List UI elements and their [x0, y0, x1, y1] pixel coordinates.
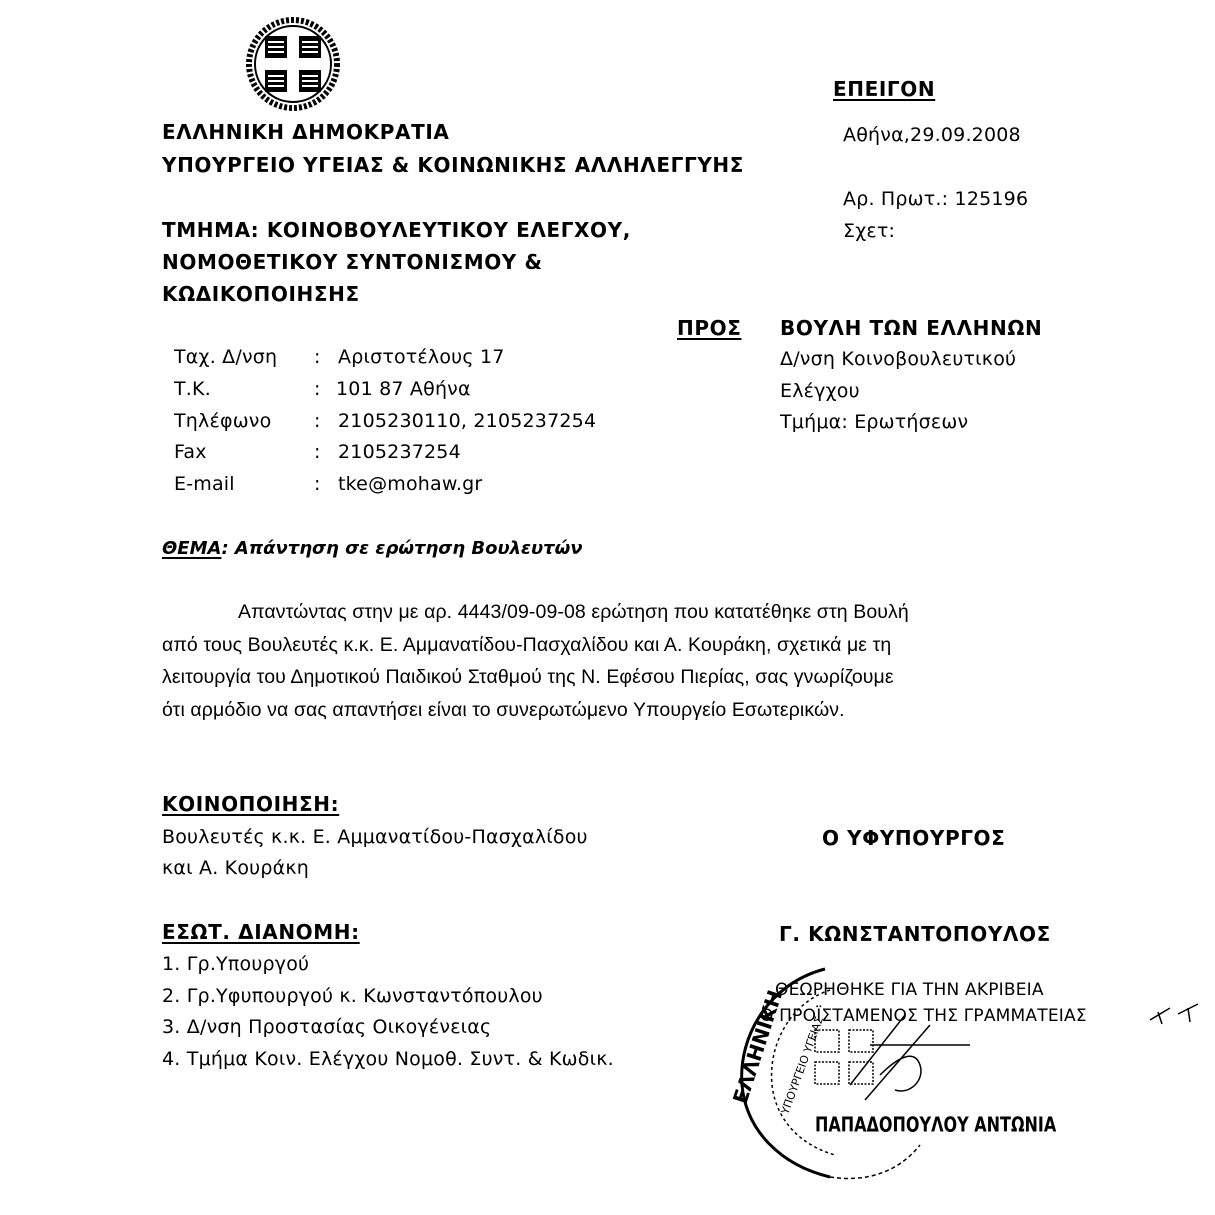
subject-line: ΘΕΜΑ: Απάντηση σε ερώτηση Βουλευτών — [162, 538, 583, 559]
body-line-1: Απαντώντας στην με αρ. 4443/09-09-08 ερώ… — [238, 601, 909, 624]
contact-value: 2105237254 — [338, 441, 461, 463]
country-name: ΕΛΛΗΝΙΚΗ ΔΗΜΟΚΡΑΤΙΑ — [162, 120, 449, 144]
contact-value: 2105230110, 2105237254 — [338, 410, 596, 432]
notification-line-1: Βουλευτές κ.κ. Ε. Αμμανατίδου-Πασχαλίδου — [162, 826, 588, 848]
ministry-name: ΥΠΟΥΡΓΕΙΟ ΥΓΕΙΑΣ & ΚΟΙΝΩΝΙΚΗΣ ΑΛΛΗΛΕΓΓΥΗ… — [162, 153, 744, 177]
place: Αθήνα, — [843, 124, 910, 146]
contact-email[interactable]: tke@mohaw.gr — [338, 473, 482, 495]
subject-label: ΘΕΜΑ — [162, 538, 221, 559]
official-name-stamp: ΠΑΠΑΔΟΠΟΥΛΟΥ ΑΝΤΩΝΙΑ — [815, 1112, 1056, 1137]
to-label: ΠΡΟΣ — [677, 316, 741, 340]
contact-label: Τηλέφωνο — [174, 410, 271, 432]
department-line-2: ΝΟΜΟΘΕΤΙΚΟΥ ΣΥΝΤΟΝΙΣΜΟΥ & — [162, 250, 543, 274]
contact-separator: : — [314, 378, 321, 400]
contact-separator: : — [314, 473, 321, 495]
recipient-line-3: Τμήμα: Ερωτήσεων — [780, 411, 968, 433]
distribution-item: 4. Τμήμα Κοιν. Ελέγχου Νομοθ. Συντ. & Κω… — [162, 1048, 614, 1070]
contact-separator: : — [314, 441, 321, 463]
contact-separator: : — [314, 410, 321, 432]
urgency-label: ΕΠΕΙΓΟΝ — [833, 77, 935, 101]
notification-line-2: και Α. Κουράκη — [162, 857, 309, 879]
certification-line-2: Ο ΠΡΟΪΣΤΑΜΕΝΟΣ ΤΗΣ ΓΡΑΜΜΑΤΕΙΑΣ — [760, 1006, 1087, 1026]
certification-line-1: ΘΕΩΡΗΘΗΚΕ ΓΙΑ ΤΗΝ ΑΚΡΙΒΕΙΑ — [775, 980, 1044, 1000]
contact-separator: : — [314, 346, 321, 368]
signatory-title: Ο ΥΦΥΠΟΥΡΓΟΣ — [822, 826, 1005, 850]
department-line-1: ΤΜΗΜΑ: ΚΟΙΝΟΒΟΥΛΕΥΤΙΚΟΥ ΕΛΕΓΧΟΥ, — [162, 218, 631, 242]
recipient-name: ΒΟΥΛΗ ΤΩΝ ΕΛΛΗΝΩΝ — [780, 316, 1042, 340]
initials-signature-icon — [1148, 1000, 1208, 1034]
date: 29.09.2008 — [910, 124, 1021, 146]
contact-value: 101 87 Αθήνα — [336, 378, 471, 400]
contact-value: Αριστοτέλους 17 — [338, 346, 505, 368]
contact-label: E-mail — [174, 473, 235, 495]
protocol-line: Αρ. Πρωτ.: 125196 — [843, 188, 1028, 210]
body-line-2: από τους Βουλευτές κ.κ. Ε. Αμμανατίδου-Π… — [162, 634, 891, 657]
contact-label: Τ.Κ. — [174, 378, 211, 400]
body-line-4: ότι αρμόδιο να σας απαντήσει είναι το συ… — [162, 699, 845, 722]
internal-distribution-heading: ΕΣΩΤ. ΔΙΑΝΟΜΗ: — [162, 920, 360, 944]
department-line-3: ΚΩΔΙΚΟΠΟΙΗΣΗΣ — [162, 282, 360, 306]
body-line-3: λειτουργία του Δημοτικού Παιδικού Σταθμο… — [162, 666, 894, 689]
contact-label: Ταχ. Δ/νση — [174, 346, 277, 368]
protocol-label: Αρ. Πρωτ.: — [843, 188, 948, 210]
date-line: Αθήνα,29.09.2008 — [843, 124, 1021, 146]
recipient-line-2: Ελέγχου — [780, 380, 860, 402]
recipient-line-1: Δ/νση Κοινοβουλευτικού — [780, 348, 1016, 370]
contact-label: Fax — [174, 441, 207, 463]
protocol-number: 125196 — [955, 188, 1029, 210]
related-label: Σχετ: — [843, 220, 895, 242]
notification-heading: ΚΟΙΝΟΠΟΙΗΣΗ: — [162, 792, 339, 816]
distribution-item: 2. Γρ.Υφυπουργού κ. Κωνσταντόπουλου — [162, 985, 543, 1007]
signatory-name: Γ. ΚΩΝΣΤΑΝΤΟΠΟΥΛΟΣ — [779, 922, 1051, 946]
subject-text: : Απάντηση σε ερώτηση Βουλευτών — [221, 538, 582, 559]
greek-coat-of-arms-icon — [243, 14, 343, 114]
distribution-item: 3. Δ/νση Προστασίας Οικογένειας — [162, 1016, 491, 1038]
distribution-item: 1. Γρ.Υπουργού — [162, 953, 309, 975]
